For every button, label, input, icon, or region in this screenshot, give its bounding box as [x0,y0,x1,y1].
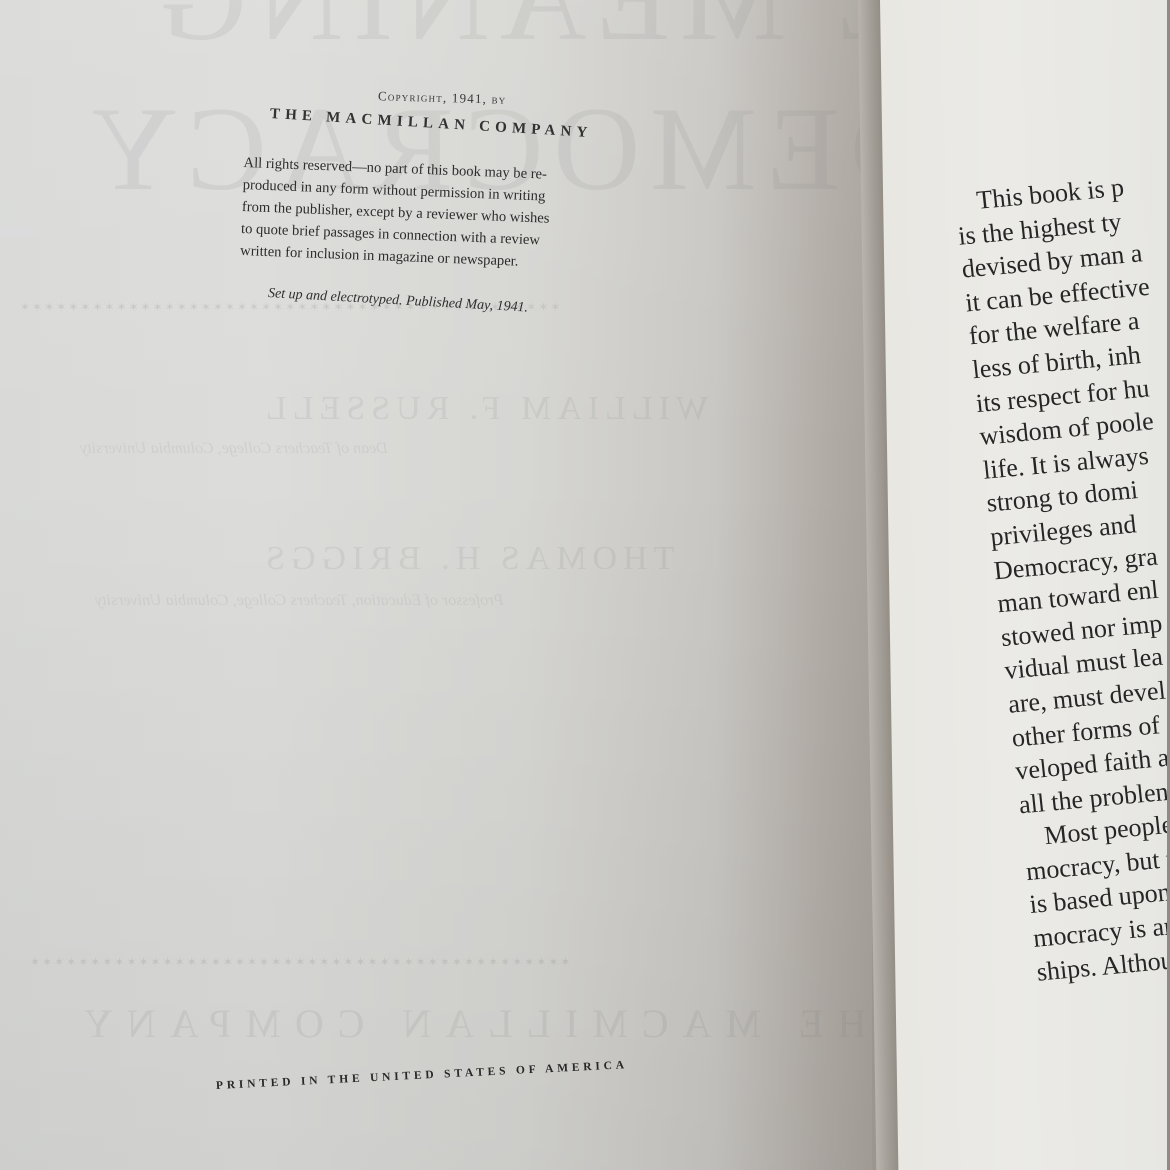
bleed-through-author1-title: Dean of Teachers College, Columbia Unive… [80,440,388,458]
body-text: This book is p is the highest ty devised… [953,169,1170,989]
bleed-through-author1: WILLIAM F. RUSSELL [260,390,708,428]
bleed-through-ornament-rule-bottom: ✶✶✶✶✶✶✶✶✶✶✶✶✶✶✶✶✶✶✶✶✶✶✶✶✶✶✶✶✶✶✶✶✶✶✶✶✶✶✶✶… [30,955,572,970]
right-page-text: This book is p is the highest ty devised… [880,0,1170,1170]
bleed-through-author2-title: Professor of Education, Teachers College… [95,592,504,610]
rights-notice: All rights reserved—no part of this book… [240,152,674,278]
bleed-through-publisher: THE MACMILLAN COMPANY [70,1000,872,1047]
printed-notice: PRINTED IN THE UNITED STATES OF AMERICA [216,1059,628,1092]
bleed-through-author2: THOMAS H. BRIGGS [260,540,674,578]
bleed-through-title-top: THE MEANING [150,0,872,68]
left-page-copyright: THE MEANING OF DEMOCRACY ✶✶✶✶✶✶✶✶✶✶✶✶✶✶✶… [0,0,872,1170]
